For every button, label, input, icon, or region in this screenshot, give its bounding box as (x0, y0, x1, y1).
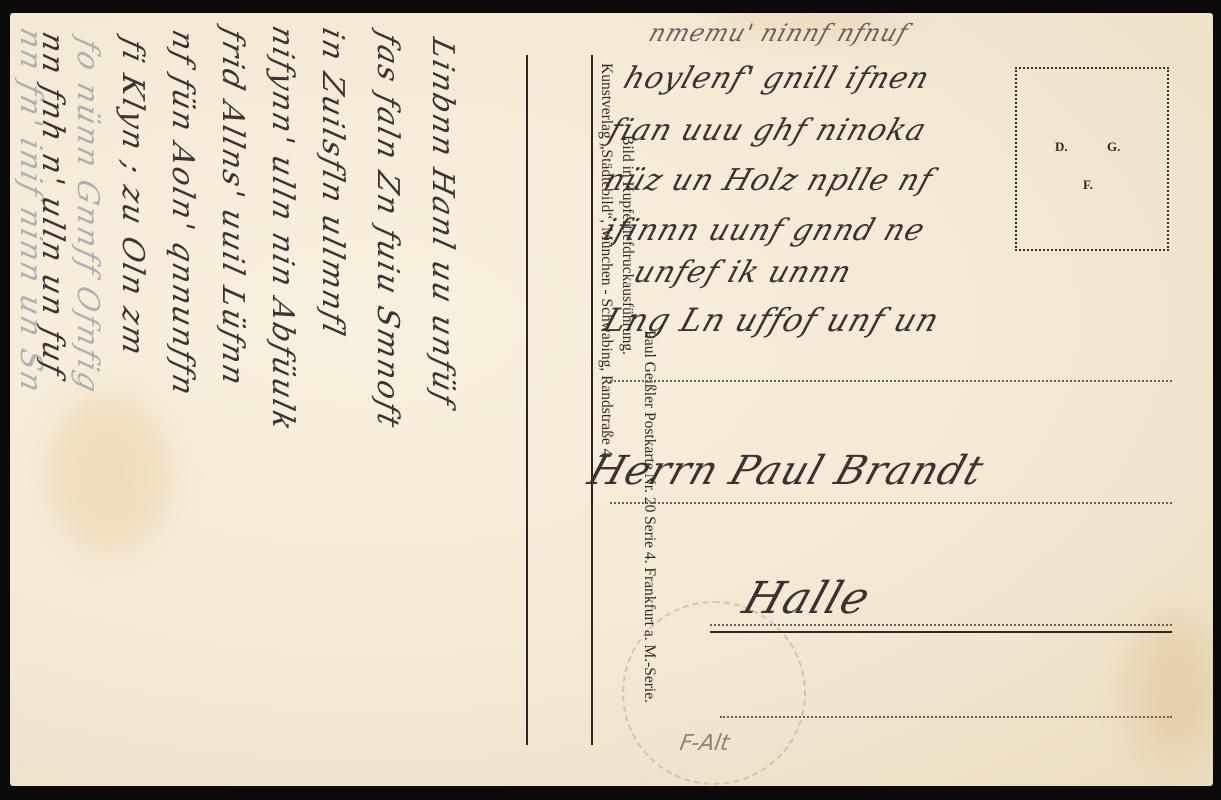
handwritten-column: in Zuilsfln ullmnfl (315, 24, 350, 340)
postcard-back: nn fn' inif ninn un Sn nn fnh n' ulln un… (10, 13, 1213, 786)
handwritten-column: nifynn' ulln nin Abfüulk (265, 22, 300, 436)
imprint-line-3: Kunstverlag „Städtebild“, München - Schw… (596, 63, 618, 703)
paper-stain (50, 393, 170, 553)
handwritten-column: fi Klyn ; zu Oln zm (115, 34, 150, 360)
address-recipient: Herrn Paul Brandt (583, 448, 990, 494)
paper-stain (1130, 613, 1213, 763)
handwritten-column: frid Allns' uuil Lüfnn (215, 24, 250, 390)
handwritten-line: nüz un Holz nplle nf (599, 163, 937, 198)
address-city: Halle (737, 573, 877, 624)
stamp-box: D. G. F. (1015, 67, 1169, 251)
pencil-note: F-Alt (678, 731, 732, 756)
divider-line-left (526, 55, 528, 745)
handwritten-line: Lng Ln uffof unf un (599, 301, 945, 339)
imprint-line-1: Paul Geißler Postkarte Nr. 20 Serie 4. F… (639, 63, 661, 703)
handwritten-column: Linbnn Hanl uu unfüf (425, 34, 460, 410)
address-line-2 (610, 502, 1172, 504)
stamp-letter-g: G. (1107, 139, 1120, 155)
stamp-letter-d: D. (1055, 139, 1068, 155)
handwritten-column-faded: fo nünn Gnnff Ofnfig (70, 34, 105, 398)
handwritten-line: ifinnn uunf gnnd ne (599, 213, 929, 248)
handwritten-column: nf fün Aoln' qnnunffn (165, 26, 200, 400)
handwritten-line: unfef ik unnn (629, 255, 856, 290)
handwritten-line: hoylenf' gnill ifnen (619, 61, 934, 96)
handwritten-line: fian uuu ghf ninoka (604, 113, 931, 148)
address-line-1 (610, 380, 1172, 382)
address-line-4 (720, 716, 1172, 718)
city-underline (710, 631, 1172, 633)
handwritten-column: fas faln Zn fuiu Smnoft (370, 28, 405, 432)
handwritten-line: nmemu' ninnf nfnuf (645, 19, 912, 47)
handwritten-column: nn fnh n' ulln un fuf (35, 28, 70, 380)
address-line-3 (710, 624, 1172, 626)
stamp-letter-f: F. (1083, 177, 1093, 193)
publisher-imprint: Paul Geißler Postkarte Nr. 20 Serie 4. F… (590, 63, 660, 703)
imprint-line-2: Bild in Kupfertiefdruckausführung. (617, 63, 639, 703)
faded-postmark (622, 601, 806, 785)
